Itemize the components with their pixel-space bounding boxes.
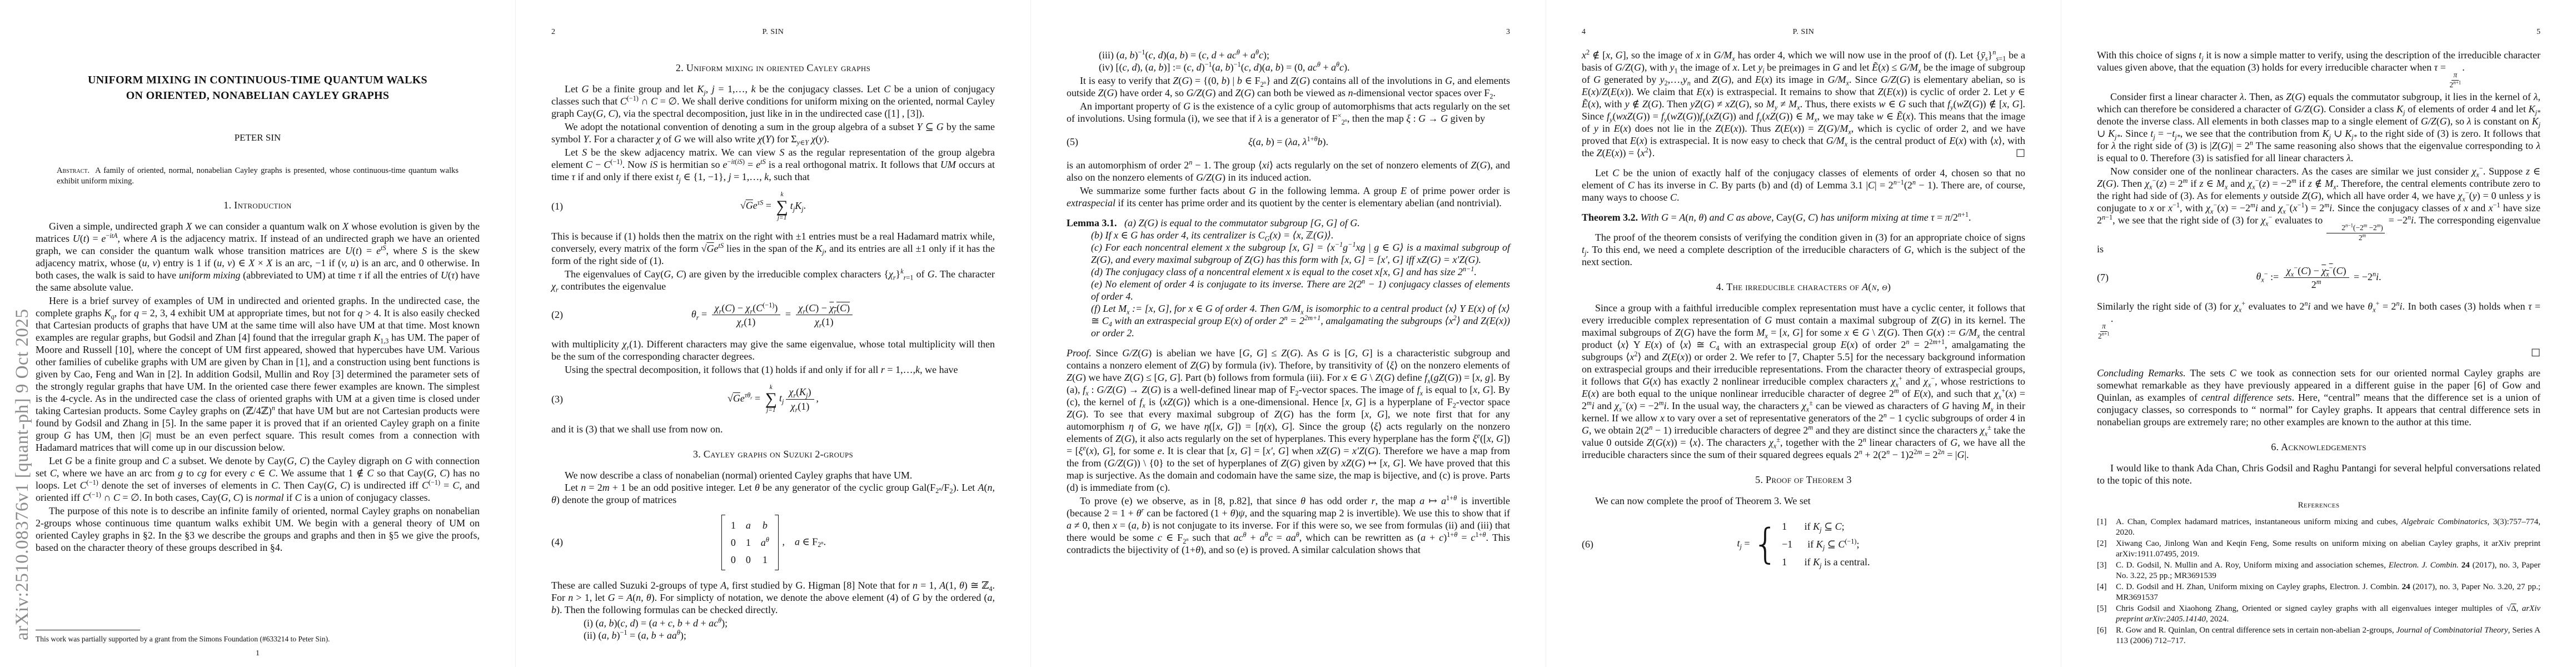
paragraph: The proof of the theorem consists of ver… xyxy=(1582,231,2025,268)
equation-body: √GeτS = k∑j=1tjKj. xyxy=(551,192,995,221)
arxiv-watermark: arXiv:2510.08376v1 [quant-ph] 9 Oct 2025 xyxy=(12,309,33,641)
qed-box: □ xyxy=(2097,346,2540,358)
author-name: PETER SIN xyxy=(36,132,480,143)
five-page-paper-spread: arXiv:2510.08376v1 [quant-ph] 9 Oct 2025… xyxy=(0,0,2576,667)
reference-text: A. Chan, Complex hadamard matrices, inst… xyxy=(2116,517,2540,538)
equation-body: tj = {1 if Kj ⊆ C;−1 if Kj ⊆ C(−1);1 if … xyxy=(1582,519,2025,569)
paragraph: An important property of G is the existe… xyxy=(1067,100,1510,125)
equation-body: θx− := χx−(C) − χx−(C)2m = −2ni. xyxy=(2097,264,2540,292)
running-head-author: P. SIN xyxy=(596,28,950,37)
proof-paragraph: To prove (e) we observe, as in [8, p.82]… xyxy=(1067,495,1510,556)
paragraph: Here is a brief survey of examples of UM… xyxy=(36,295,480,454)
lemma-item-e: (e) No element of order 4 is conjugate t… xyxy=(1067,278,1510,302)
reference-text: C. D. Godsil and H. Zhan, Uniform mixing… xyxy=(2116,582,2540,603)
reference-label: [6] xyxy=(2097,625,2116,646)
equation-number: (5) xyxy=(1067,136,1078,148)
equation-number: (4) xyxy=(551,536,563,548)
paper-title: UNIFORM MIXING IN CONTINUOUS-TIME QUANTU… xyxy=(86,72,430,103)
references-heading: References xyxy=(2097,501,2540,510)
reference-item: [1] A. Chan, Complex hadamard matrices, … xyxy=(2097,517,2540,538)
equation-7: (7) θx− := χx−(C) − χx−(C)2m = −2ni. xyxy=(2097,264,2540,292)
lemma-label: Lemma 3.1. xyxy=(1067,217,1117,228)
references-list: [1] A. Chan, Complex hadamard matrices, … xyxy=(2097,517,2540,646)
paragraph: Let G be a finite group and let Kj, j = … xyxy=(551,83,995,120)
paragraph: The purpose of this note is to describe … xyxy=(36,505,480,554)
reference-label: [4] xyxy=(2097,582,2116,603)
title-block: UNIFORM MIXING IN CONTINUOUS-TIME QUANTU… xyxy=(36,72,480,103)
page-number: 4 xyxy=(1582,28,1626,37)
paragraph: Given a simple, undirected graph X we ca… xyxy=(36,220,480,293)
paragraph: Let S be the skew adjacency matrix. We c… xyxy=(551,146,995,183)
reference-label: [2] xyxy=(2097,539,2116,560)
paragraph: We now describe a class of nonabelian (n… xyxy=(551,469,995,481)
equation-2: (2) θr = χr(C) − χr(C(−1))χr(1) = χr(C) … xyxy=(551,301,995,329)
abstract: Abstract. A family of oriented, normal, … xyxy=(57,166,459,186)
list-item-i: (i) (a, b)(c, d) = (a + c, b + d + acθ); xyxy=(551,617,995,629)
lemma-item-d: (d) The conjugacy class of a noncentral … xyxy=(1067,266,1510,278)
reference-item: [2] Xiwang Cao, Jinlong Wan and Keqin Fe… xyxy=(2097,539,2540,560)
lemma-item-b: (b) If x ∈ G has order 4, its centralize… xyxy=(1067,229,1510,241)
page-number: 3 xyxy=(1466,28,1510,37)
section-heading-proof-of-theorem: 5. Proof of Theorem 3 xyxy=(1582,474,2025,486)
equation-body: θr = χr(C) − χr(C(−1))χr(1) = χr(C) − χr… xyxy=(551,301,995,329)
paragraph: Let C be the union of exactly half of th… xyxy=(1582,167,2025,203)
paragraph: Similarly the right side of (3) for χx+ … xyxy=(2097,300,2540,341)
paragraph: We adopt the notational convention of de… xyxy=(551,121,995,145)
page-header: 3 xyxy=(1067,28,1510,37)
reference-item: [6] R. Gow and R. Quinlan, On central di… xyxy=(2097,625,2540,646)
paragraph: Using the spectral decomposition, it fol… xyxy=(551,364,995,376)
equation-body: 1ab01aθ001 , a ∈ F2n. xyxy=(551,515,995,570)
equation-number: (1) xyxy=(551,201,563,212)
lemma-item-a: (a) Z(G) is equal to the commutator subg… xyxy=(1124,217,1360,228)
equation-3: (3) √Geτθr = k∑j=1tjχr(Kj)χr(1), xyxy=(551,385,995,414)
paragraph: We can now complete the proof of Theorem… xyxy=(1582,495,2025,507)
equation-number: (6) xyxy=(1582,539,1593,550)
paragraph: Let n = 2m + 1 be an odd positive intege… xyxy=(551,481,995,506)
reference-text: Chris Godsil and Xiaohong Zhang, Oriente… xyxy=(2116,604,2540,625)
concluding-remarks: Concluding Remarks. The sets C we took a… xyxy=(2097,367,2540,428)
reference-label: [1] xyxy=(2097,517,2116,538)
page-header: 2 P. SIN xyxy=(551,28,995,37)
list-item-ii: (ii) (a, b)−1 = (a, b + aaθ); xyxy=(551,629,995,641)
reference-item: [5] Chris Godsil and Xiaohong Zhang, Ori… xyxy=(2097,604,2540,625)
page-1: arXiv:2510.08376v1 [quant-ph] 9 Oct 2025… xyxy=(0,0,515,667)
paragraph: and it is (3) that we shall use from now… xyxy=(551,423,995,435)
paragraph: Let G be a finite group and C a subset. … xyxy=(36,455,480,504)
equation-1: (1) √GeτS = k∑j=1tjKj. xyxy=(551,192,995,221)
paragraph: is an automorphism of order 2n − 1. The … xyxy=(1067,159,1510,183)
running-head-author: P. SIN xyxy=(1626,28,1981,37)
reference-text: C. D. Godsil, N. Mullin and A. Roy, Unif… xyxy=(2116,560,2540,581)
paragraph: with multiplicity χr(1). Different chara… xyxy=(551,338,995,362)
footnote: This work was partially supported by a g… xyxy=(36,630,480,644)
paragraph: I would like to thank Ada Chan, Chris Go… xyxy=(2097,462,2540,486)
reference-item: [3] C. D. Godsil, N. Mullin and A. Roy, … xyxy=(2097,560,2540,581)
proof-paragraph: Proof. Since G/Z(G) is abelian we have [… xyxy=(1067,347,1510,494)
equation-body: ξ(a, b) = (λa, λ1+θb). xyxy=(1067,135,1510,149)
paragraph: The eigenvalues of Cay(G, C) are given b… xyxy=(551,268,995,292)
section-heading-acknowledgements: 6. Acknowledgements xyxy=(2097,441,2540,453)
reference-label: [3] xyxy=(2097,560,2116,581)
page-number: 1 xyxy=(0,649,515,658)
equation-5: (5) ξ(a, b) = (λa, λ1+θb). xyxy=(1067,133,1510,150)
equation-number: (7) xyxy=(2097,272,2109,283)
list-item-iv: (iv) [(c, d), (a, b)] := (c, d)−1(a, b)−… xyxy=(1067,61,1510,73)
section-heading-cayley-suzuki: 3. Cayley graphs on Suzuki 2-groups xyxy=(551,449,995,460)
paragraph: With this choice of signs tj it is now a… xyxy=(2097,49,2540,89)
footnote-rule xyxy=(36,630,140,630)
footnote-text: This work was partially supported by a g… xyxy=(36,635,330,643)
section-heading-uniform-mixing: 2. Uniform mixing in oriented Cayley gra… xyxy=(551,62,995,74)
lemma-item-f: (f) Let Mx := [x, G], for x ∈ G of order… xyxy=(1067,302,1510,339)
paragraph: It is easy to verify that Z(G) = {(0, b)… xyxy=(1067,74,1510,99)
reference-text: R. Gow and R. Quinlan, On central differ… xyxy=(2116,625,2540,646)
page-number: 5 xyxy=(2496,28,2540,37)
page-header: 5 xyxy=(2097,28,2540,37)
page-3: 3 (iii) (a, b)−1(c, d)(a, b) = (c, d + a… xyxy=(1030,0,1546,667)
page-5: 5 With this choice of signs tj it is now… xyxy=(2061,0,2576,667)
equation-number: (3) xyxy=(551,394,563,405)
list-item-iii: (iii) (a, b)−1(c, d)(a, b) = (c, d + acθ… xyxy=(1067,49,1510,61)
reference-label: [5] xyxy=(2097,604,2116,625)
lemma: Lemma 3.1. (a) Z(G) is equal to the comm… xyxy=(1067,217,1510,229)
equation-6: (6) tj = {1 if Kj ⊆ C;−1 if Kj ⊆ C(−1);1… xyxy=(1582,519,2025,569)
equation-4: (4) 1ab01aθ001 , a ∈ F2n. xyxy=(551,515,995,570)
page-4: 4 P. SIN x2 ∉ [x, G], so the image of x … xyxy=(1546,0,2061,667)
paragraph: Now consider one of the nonlinear charac… xyxy=(2097,165,2540,255)
section-heading-introduction: 1. Introduction xyxy=(36,200,480,211)
equation-body: √Geτθr = k∑j=1tjχr(Kj)χr(1), xyxy=(551,385,995,414)
theorem: Theorem 3.2. With G = A(n, θ) and C as a… xyxy=(1582,211,2025,223)
page-number: 2 xyxy=(551,28,596,37)
lemma-item-c: (c) For each noncentral element x the su… xyxy=(1067,241,1510,266)
paragraph: We summarize some further facts about G … xyxy=(1067,185,1510,209)
paragraph: This is because if (1) holds then the ma… xyxy=(551,230,995,267)
reference-text: Xiwang Cao, Jinlong Wan and Keqin Feng, … xyxy=(2116,539,2540,560)
reference-item: [4] C. D. Godsil and H. Zhan, Uniform mi… xyxy=(2097,582,2540,603)
paragraph: These are called Suzuki 2-groups of type… xyxy=(551,579,995,616)
paragraph: x2 ∉ [x, G], so the image of x in G/Mx h… xyxy=(1582,49,2025,159)
paragraph: Consider first a linear character λ. The… xyxy=(2097,91,2540,164)
page-2: 2 P. SIN 2. Uniform mixing in oriented C… xyxy=(515,0,1030,667)
paragraph: Since a group with a faithful irreducibl… xyxy=(1582,302,2025,461)
section-heading-irreducible-characters: 4. The irreducible characters of A(n, θ) xyxy=(1582,281,2025,293)
equation-number: (2) xyxy=(551,309,563,321)
page-header: 4 P. SIN xyxy=(1582,28,2025,37)
